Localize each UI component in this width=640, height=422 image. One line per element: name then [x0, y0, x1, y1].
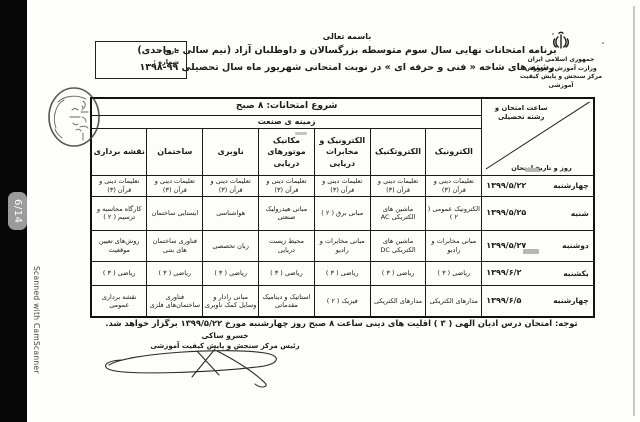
exam-cell: فیزیک ( ۲ ) [314, 285, 370, 317]
reference-box: تاریخ : شماره : [95, 41, 187, 79]
exam-cell: ریاضی ( ۳ ) [147, 261, 203, 285]
exam-cell: روش‌های تعیین موقعیت [91, 230, 147, 261]
table-row: دوشنبه ۱۳۹۹/۵/۲۷ مبانی مخابرات و رادیو م… [91, 230, 594, 261]
exam-cell: استاتیک و دینامیک مقدماتی [259, 285, 315, 317]
exam-cell: هواشناسی [203, 196, 259, 230]
day-date-cell: یکشنبه ۱۳۹۹/۶/۲ [482, 261, 594, 285]
exam-cell: زبان تخصصی [203, 230, 259, 261]
column-header-electronics: الکترونیک [426, 128, 482, 175]
exam-cell: فناوری ساختمان های بتنی [147, 230, 203, 261]
registry-stamp [46, 84, 102, 150]
exam-cell: مبانی هیدرولیک صنعتی [259, 196, 315, 230]
exam-cell: الکترونیک عمومی ( ۲ ) [426, 196, 482, 230]
exam-cell: مدارهای الکتریکی [426, 285, 482, 317]
table-row: چهارشنبه ۱۳۹۹/۶/۵ مدارهای الکتریکی مداره… [91, 285, 594, 317]
bismillah-text: باسمه تعالی [112, 32, 582, 41]
exam-cell: تعلیمات دینی و قرآن (۳) [314, 175, 370, 196]
minorities-exam-note: توجه: امتحان درس ادیان الهی ( ۳ ) اقلیت … [90, 318, 593, 328]
start-time-banner: شروع امتحانات: ۸ صبح [91, 98, 482, 115]
scanned-document-view: 6/14 Scanned with CamScanner باسمه تعالی… [0, 0, 640, 422]
exam-cell: ریاضی ( ۳ ) [259, 261, 315, 285]
corner-label-bottom: روز و تاریخ امتحان [496, 164, 587, 173]
exam-cell: تعلیمات دینی و قرآن (۳) [370, 175, 426, 196]
exam-cell: تعلیمات دینی و قرآن (۳) [426, 175, 482, 196]
exam-cell: محیط زیست دریایی [259, 230, 315, 261]
column-header-navigation: ناوبری [203, 128, 259, 175]
exam-cell: نقشه برداری عمومی [91, 285, 147, 317]
column-header-marine-electronics: الکترونیک و مخابرات دریایی [314, 128, 370, 175]
signature-scribble [97, 343, 287, 391]
exam-cell: ریاضی ( ۳ ) [203, 261, 259, 285]
column-header-electrotechnics: الکتروتکنیک [370, 128, 426, 175]
corner-label-top: ساعت امتحان و رشته تحصیلی [490, 104, 552, 122]
document-page: باسمه تعالی برنامه امتحانات نهایی سال سو… [27, 0, 640, 422]
table-row: یکشنبه ۱۳۹۹/۶/۲ ریاضی ( ۳ ) ریاضی ( ۳ ) … [91, 261, 594, 285]
ministry-block: جمهوری اسلامی ایران وزارت آموزش و پرورش … [515, 30, 607, 90]
exam-cell: مبانی مخابرات و رادیو [314, 230, 370, 261]
exam-cell: مبانی مخابرات و رادیو [426, 230, 482, 261]
ref-number-label: شماره : [103, 57, 179, 68]
exam-timetable: ساعت امتحان و رشته تحصیلی روز و تاریخ ام… [90, 97, 593, 318]
exam-cell: ماشین های الکتریکی DC [370, 230, 426, 261]
exam-cell: مدارهای الکتریکی [370, 285, 426, 317]
signatory-name: خسرو ساکی [145, 331, 305, 340]
exam-cell: مبانی رادار و وسایل کمک ناوبری [203, 285, 259, 317]
table-row: چهارشنبه ۱۳۹۹/۵/۲۲ تعلیمات دینی و قرآن (… [91, 175, 594, 196]
exam-cell: تعلیمات دینی و قرآن (۳) [91, 175, 147, 196]
page-indicator-text: 6/14 [12, 199, 23, 223]
exam-cell: ماشین های الکتریکی AC [370, 196, 426, 230]
scan-speck [552, 33, 554, 35]
exam-cell: مبانی برق ( ۲ ) [314, 196, 370, 230]
scan-speck [602, 42, 604, 44]
exam-cell: ریاضی ( ۳ ) [370, 261, 426, 285]
scan-artifact [295, 132, 307, 135]
day-date-cell: شنبه ۱۳۹۹/۵/۲۵ [482, 196, 594, 230]
exam-cell: ریاضی ( ۳ ) [426, 261, 482, 285]
ministry-line1: جمهوری اسلامی ایران [515, 56, 607, 65]
field-banner: زمینه ی صنعت [91, 115, 482, 128]
day-date-cell: چهارشنبه ۱۳۹۹/۶/۵ [482, 285, 594, 317]
table-row: شنبه ۱۳۹۹/۵/۲۵ الکترونیک عمومی ( ۲ ) ماش… [91, 196, 594, 230]
exam-cell: ریاضی ( ۳ ) [314, 261, 370, 285]
table-corner-cell: ساعت امتحان و رشته تحصیلی روز و تاریخ ام… [482, 98, 594, 175]
scan-artifact [525, 168, 539, 172]
exam-cell: ریاضی ( ۳ ) [91, 261, 147, 285]
column-header-marine-engines: مکانیک موتورهای دریایی [259, 128, 315, 175]
exam-cell: کارگاه محاسبه و ترسیم ( ۲ ) [91, 196, 147, 230]
ref-date-label: تاریخ : [103, 46, 179, 57]
column-header-construction: ساختمان [147, 128, 203, 175]
exam-cell: تعلیمات دینی و قرآن (۳) [147, 175, 203, 196]
day-date-cell: چهارشنبه ۱۳۹۹/۵/۲۲ [482, 175, 594, 196]
camscanner-watermark: Scanned with CamScanner [32, 266, 41, 374]
day-date-cell: دوشنبه ۱۳۹۹/۵/۲۷ [482, 230, 594, 261]
exam-cell: ایستایی ساختمان [147, 196, 203, 230]
scan-artifact [523, 249, 539, 254]
page-indicator-badge: 6/14 [8, 192, 27, 230]
exam-cell: فناوری ساختمان‌های فلزی [147, 285, 203, 317]
ministry-line3: مرکز سنجش و پایش کیفیت آموزشی [515, 73, 607, 90]
ministry-line2: وزارت آموزش و پرورش [515, 65, 607, 74]
exam-cell: تعلیمات دینی و قرآن (۳) [203, 175, 259, 196]
handwritten-note [77, 98, 91, 144]
exam-cell: تعلیمات دینی و قرآن (۳) [259, 175, 315, 196]
